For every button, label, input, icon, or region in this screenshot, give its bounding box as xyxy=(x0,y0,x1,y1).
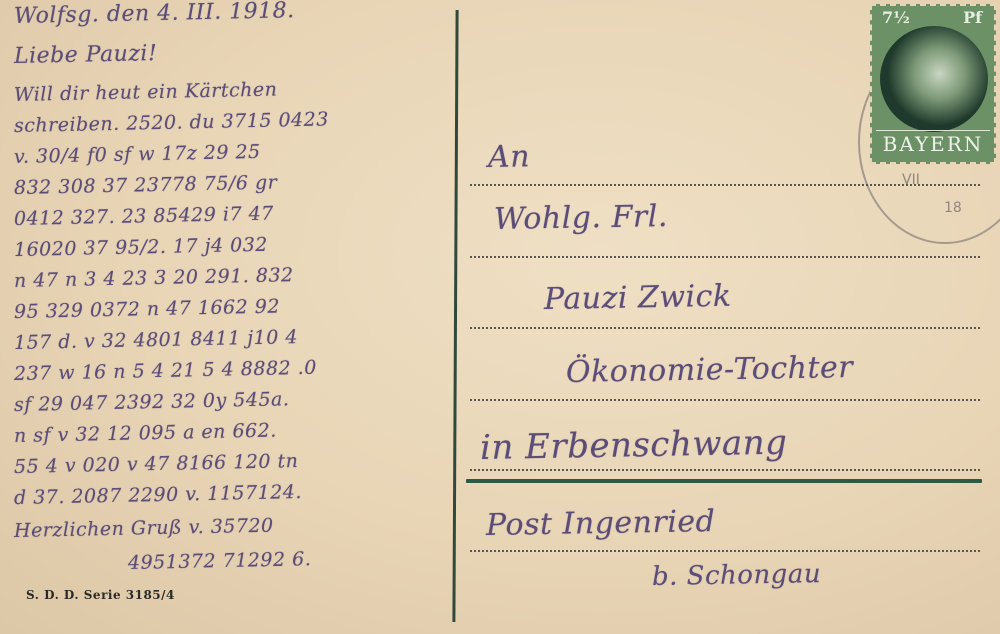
message-line: n sf v 32 12 095 a en 662. xyxy=(14,419,277,446)
message-line: 55 4 v 020 v 47 8166 120 tn xyxy=(14,450,299,478)
center-divider xyxy=(452,10,458,622)
message-line: 95 329 0372 n 47 1662 92 xyxy=(14,295,280,323)
message-date-line: Wolfsg. den 4. III. 1918. xyxy=(14,0,295,29)
address-district: b. Schongau xyxy=(652,559,822,592)
message-line: Will dir heut ein Kärtchen xyxy=(14,78,278,106)
address-town: in Erbenschwang xyxy=(480,423,788,468)
stamp-country: BAYERN xyxy=(876,130,990,156)
stamp-currency: Pf xyxy=(963,8,982,27)
message-line: schreiben. 2520. du 3715 0423 xyxy=(14,108,329,137)
message-line: d 37. 2087 2290 v. 1157124. xyxy=(14,481,302,509)
message-line: v. 30/4 f0 sf w 17z 29 25 xyxy=(14,141,261,168)
address-post-office: Post Ingenried xyxy=(486,504,716,543)
stamp-value: 7½ xyxy=(882,8,910,27)
message-line: sf 29 047 2392 32 0y 545a. xyxy=(14,388,290,416)
message-line: 832 308 37 23778 75/6 gr xyxy=(14,171,278,199)
address-title: Wohlg. Frl. xyxy=(494,199,668,237)
series-label: S. D. D. Serie 3185/4 xyxy=(26,588,175,602)
message-closing: Herzlichen Gruß v. 35720 xyxy=(14,515,274,542)
address-salutation: An xyxy=(488,139,531,175)
message-greeting: Liebe Pauzi! xyxy=(14,41,158,69)
stamp-portrait xyxy=(880,26,988,132)
address-occupation: Ökonomie-Tochter xyxy=(566,350,854,390)
message-line: 0412 327. 23 85429 i7 47 xyxy=(14,203,274,230)
address-dotted-line xyxy=(470,469,980,471)
address-recipient-name: Pauzi Zwick xyxy=(544,279,732,317)
address-dotted-line xyxy=(470,256,980,258)
address-dotted-line xyxy=(470,327,980,329)
message-line: 157 d. v 32 4801 8411 j10 4 xyxy=(14,326,298,354)
message-line: n 47 n 3 4 23 3 20 291. 832 xyxy=(14,264,294,292)
postmark-year: 18 xyxy=(944,200,962,216)
postcard: Wolfsg. den 4. III. 1918. Liebe Pauzi! W… xyxy=(0,0,1000,634)
message-line: 16020 37 95/2. 17 j4 032 xyxy=(14,234,268,261)
message-line: 4951372 71292 6. xyxy=(128,548,312,574)
address-dotted-line xyxy=(470,399,980,401)
address-dotted-line xyxy=(470,550,980,552)
message-line: 237 w 16 n 5 4 21 5 4 8882 .0 xyxy=(14,357,317,385)
postage-stamp: 7½ Pf BAYERN xyxy=(870,4,996,164)
postmark-fragment: VII xyxy=(902,172,920,188)
address-separator-bar xyxy=(466,479,982,483)
